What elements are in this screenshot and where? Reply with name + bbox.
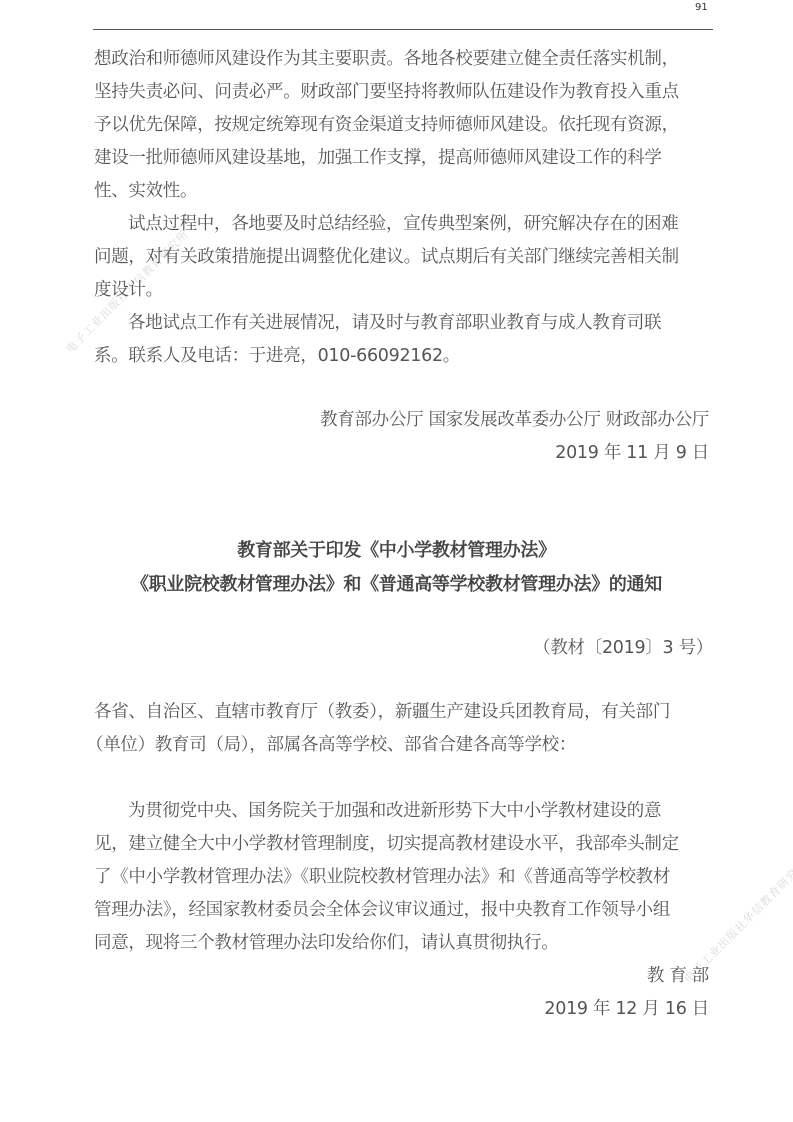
paragraph-line: 度设计。 [94,280,163,300]
body-line: 见，建立健全大中小学教材管理制度，切实提高教材建设水平，我部牵头制定 [94,834,679,854]
addressee-line: 各省、自治区、直辖市教育厅（教委），新疆生产建设兵团教育局，有关部门 [94,702,670,722]
signature: 教 育 部 [647,966,709,986]
paragraph-line: 试点过程中，各地要及时总结经验，宣传典型案例，研究解决存在的困难 [128,214,678,234]
header-rule [93,29,713,30]
body-line: 了《中小学教材管理办法》《职业院校教材管理办法》和《普通高等学校教材 [94,867,670,887]
doc-number: （教材〔2019〕3 号） [533,638,713,658]
page-number: 91 [695,2,708,13]
paragraph-line: 性、实效性。 [94,181,197,201]
paragraph-line: 予以优先保障，按规定统筹现有资金渠道支持师德师风建设。依托现有资源， [94,115,679,135]
body-line: 同意，现将三个教材管理办法印发给你们，请认真贯彻执行。 [94,933,558,953]
paragraph-line: 建设一批师德师风建设基地，加强工作支撑，提高师德师风建设工作的科学 [94,148,662,168]
date: 2019 年 12 月 16 日 [544,999,709,1019]
paragraph-line: 各地试点工作有关进展情况，请及时与教育部职业教育与成人教育司联 [128,313,661,333]
body-line: 管理办法》，经国家教材委员会全体会议审议通过，报中央教育工作领导小组 [94,900,670,920]
paragraph-line: 想政治和师德师风建设作为其主要职责。各地各校要建立健全责任落实机制， [94,49,679,69]
paragraph-line: 问题，对有关政策措施提出调整优化建议。试点期后有关部门继续完善相关制 [94,247,679,267]
signature: 教育部办公厅 国家发展改革委办公厅 财政部办公厅 [320,410,709,430]
doc-title-line2: 《职业院校教材管理办法》和《普通高等学校教材管理办法》的通知 [0,570,793,596]
doc-title-line1: 教育部关于印发《中小学教材管理办法》 [0,536,793,562]
body-line: 为贯彻党中央、国务院关于加强和改进新形势下大中小学教材建设的意 [128,801,661,821]
paragraph-line: 系。联系人及电话：于进亮，010-66092162。 [94,346,460,366]
paragraph-line: 坚持失责必问、问责必严。财政部门要坚持将教师队伍建设作为教育投入重点 [94,82,679,102]
addressee-line: （单位）教育司（局），部属各高等学校、部省合建各高等学校： [86,735,576,755]
date: 2019 年 11 月 9 日 [555,443,709,463]
